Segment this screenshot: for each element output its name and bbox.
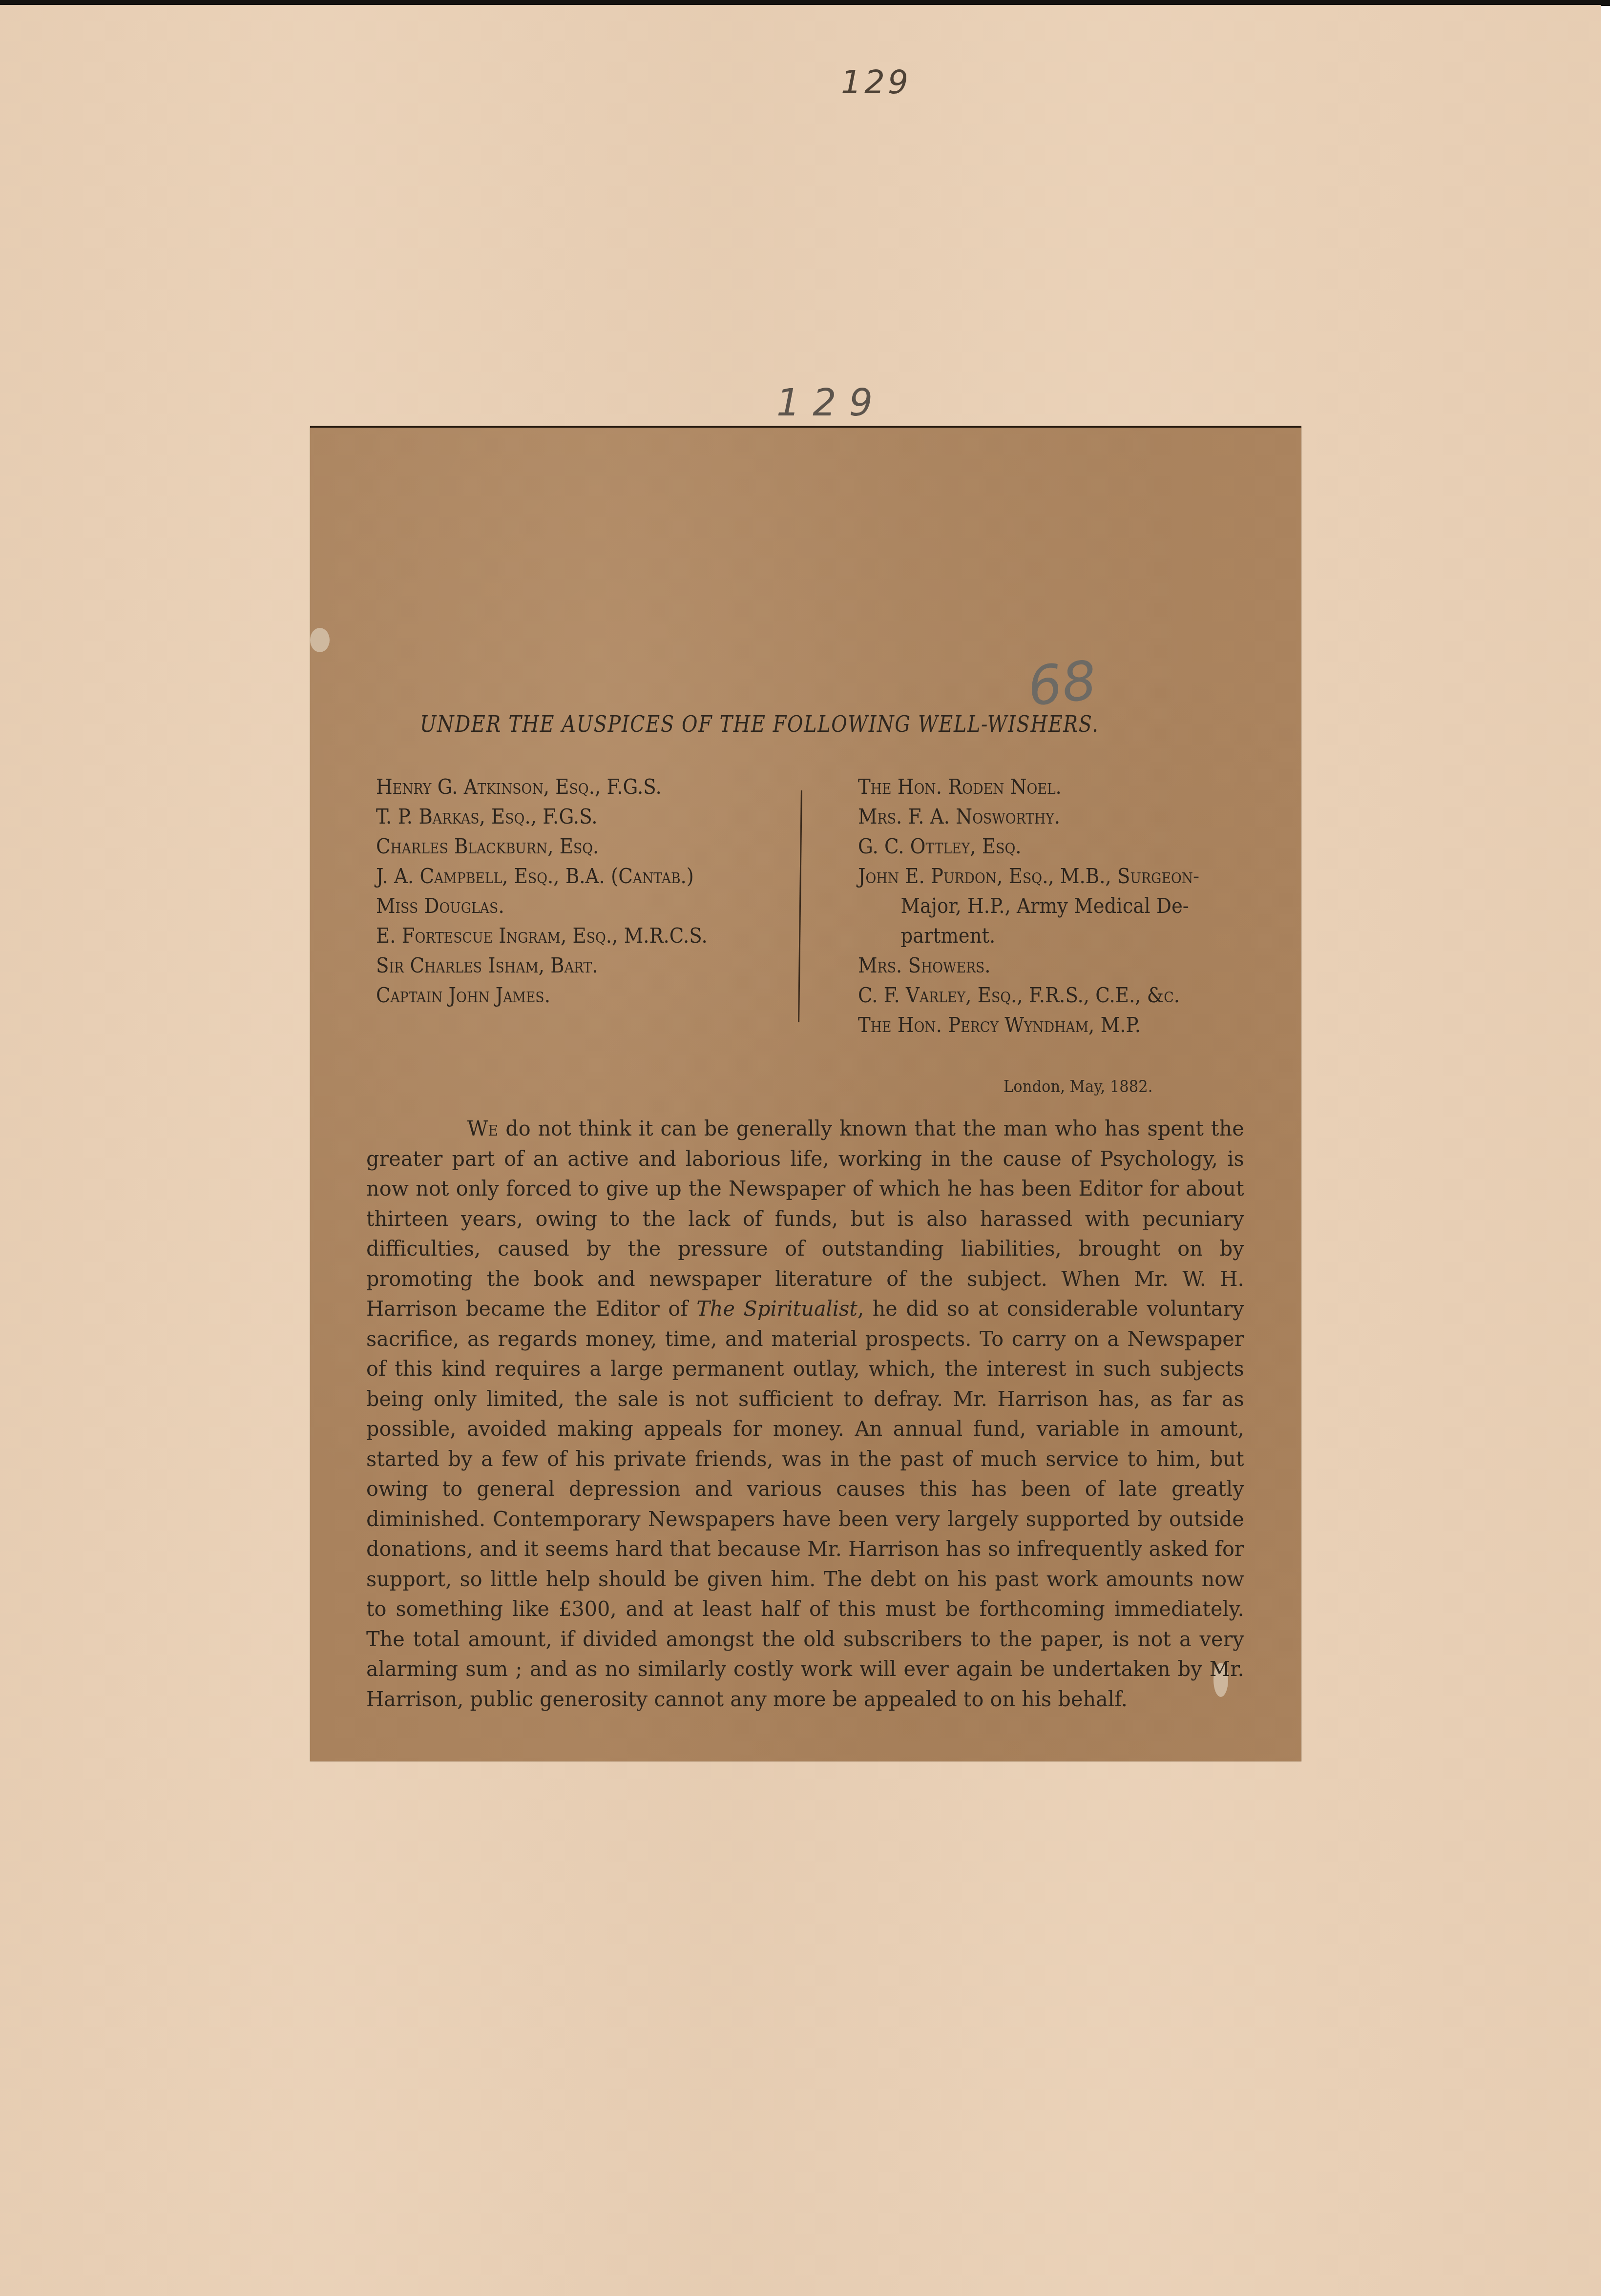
newspaper-clipping: 68 Under the Auspices of the Following W… bbox=[310, 426, 1301, 1761]
well-wisher-entry: Sir Charles Isham, Bart. bbox=[376, 951, 780, 980]
well-wishers-right-column: The Hon. Roden Noel. Mrs. F. A. Nosworth… bbox=[858, 772, 1262, 1040]
lead-small-caps: We bbox=[467, 1117, 498, 1140]
handwritten-number: 68 bbox=[1025, 649, 1100, 718]
paragraph-text-2: , he did so at considerable voluntary sa… bbox=[366, 1297, 1244, 1711]
well-wisher-entry: Mrs. F. A. Nosworthy. bbox=[858, 802, 1262, 831]
mounting-page: 129 129 68 Under the Auspices of the Fol… bbox=[0, 5, 1601, 2296]
well-wisher-entry: J. A. Campbell, Esq., B.A. (Cantab.) bbox=[376, 861, 780, 891]
well-wisher-entry: Mrs. Showers. bbox=[858, 951, 1262, 980]
newspaper-title: The Spiritualist bbox=[696, 1297, 857, 1321]
well-wisher-continuation: Major, H.P., Army Medical De- bbox=[858, 891, 1262, 921]
well-wisher-entry: Captain John James. bbox=[376, 980, 780, 1010]
appeal-paragraph: We do not think it can be generally know… bbox=[366, 1114, 1244, 1714]
dateline: London, May, 1882. bbox=[1004, 1077, 1152, 1096]
well-wisher-entry: C. F. Varley, Esq., F.R.S., C.E., &c. bbox=[858, 980, 1262, 1010]
well-wisher-entry: E. Fortescue Ingram, Esq., M.R.C.S. bbox=[376, 921, 780, 951]
well-wisher-entry: The Hon. Percy Wyndham, M.P. bbox=[858, 1010, 1262, 1040]
well-wisher-entry: T. P. Barkas, Esq., F.G.S. bbox=[376, 802, 780, 831]
well-wisher-entry: The Hon. Roden Noel. bbox=[858, 772, 1262, 802]
well-wisher-entry: Henry G. Atkinson, Esq., F.G.S. bbox=[376, 772, 780, 802]
well-wishers-left-column: Henry G. Atkinson, Esq., F.G.S. T. P. Ba… bbox=[376, 772, 780, 1010]
page-number-ink: 129 bbox=[841, 63, 911, 101]
well-wisher-continuation: partment. bbox=[858, 921, 1262, 951]
paper-damage-spot bbox=[310, 628, 330, 652]
well-wisher-entry: John E. Purdon, Esq., M.B., Surgeon- bbox=[858, 861, 1262, 891]
well-wisher-entry: G. C. Ottley, Esq. bbox=[858, 831, 1262, 861]
page-number-pencil: 129 bbox=[776, 381, 885, 424]
heading: Under the Auspices of the Following Well… bbox=[420, 711, 1126, 737]
column-divider bbox=[798, 790, 802, 1022]
paragraph-text-1: do not think it can be generally known t… bbox=[366, 1117, 1244, 1321]
well-wisher-entry: Charles Blackburn, Esq. bbox=[376, 831, 780, 861]
well-wisher-entry: Miss Douglas. bbox=[376, 891, 780, 921]
